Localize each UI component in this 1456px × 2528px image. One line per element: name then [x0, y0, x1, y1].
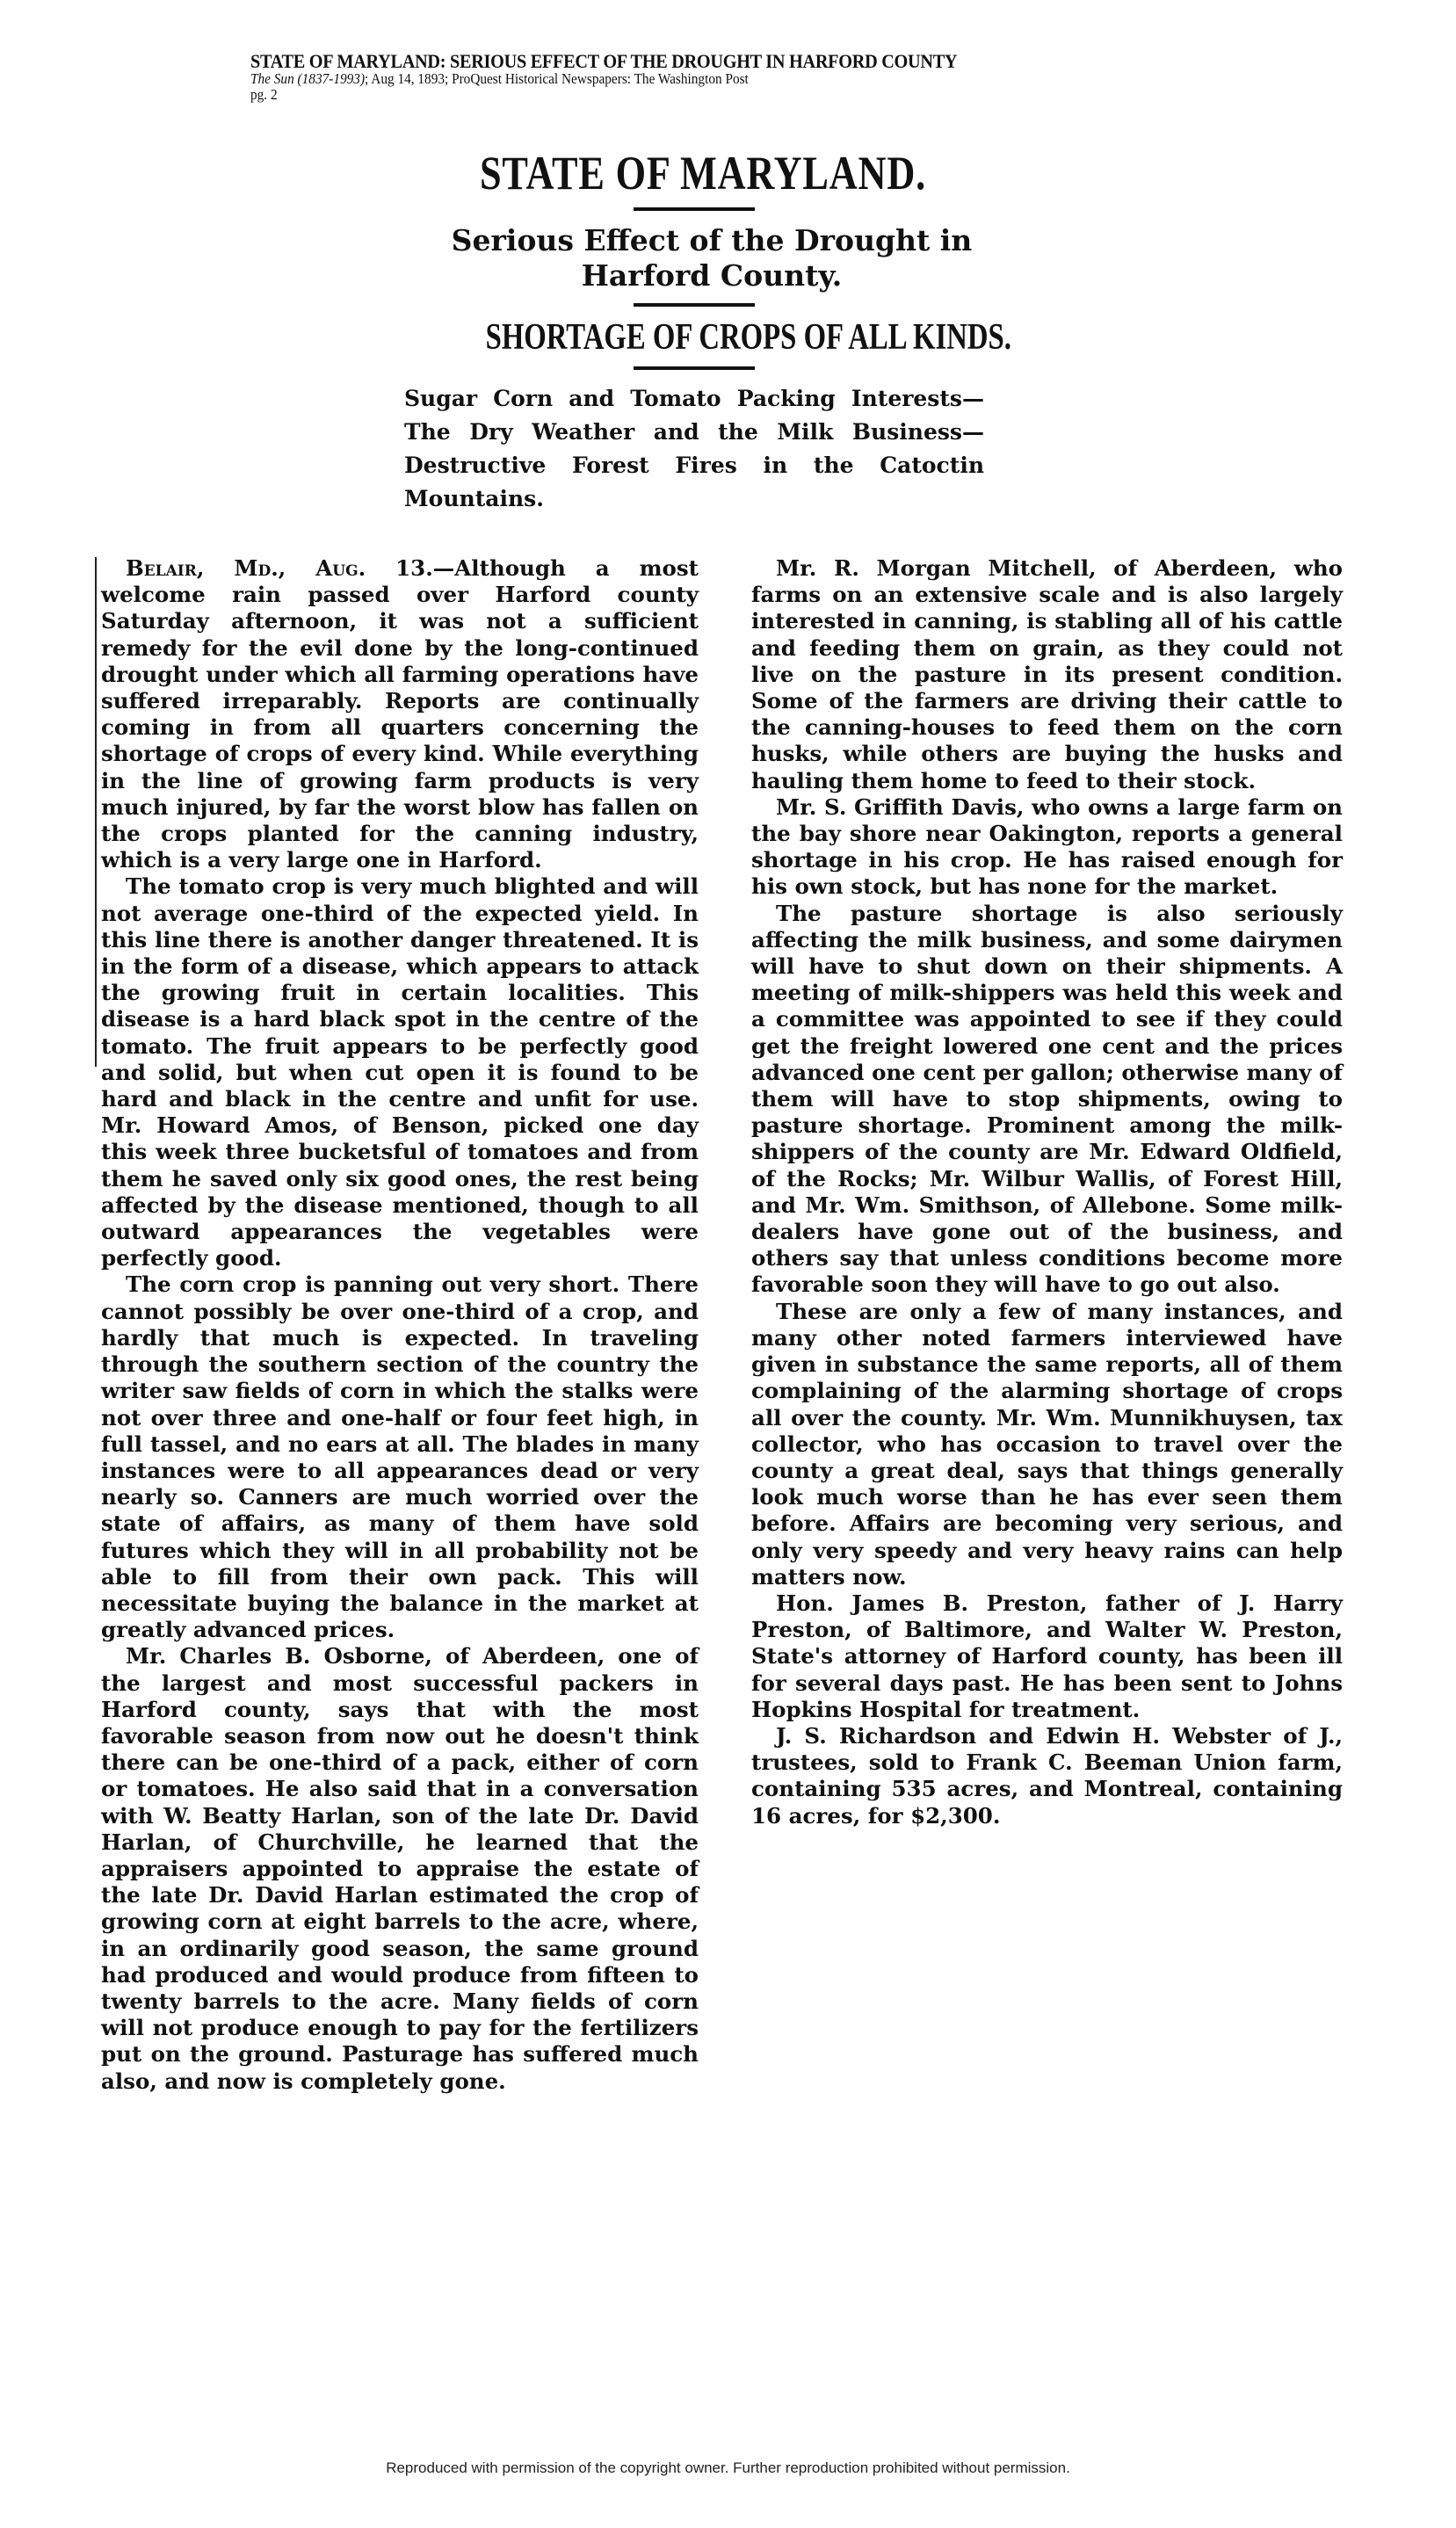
paragraph: Mr. R. Morgan Mitchell, of Aberdeen, who…: [751, 555, 1343, 794]
citation-title: STATE OF MARYLAND: SERIOUS EFFECT OF THE…: [250, 51, 957, 71]
paragraph: The tomato crop is very much blighted an…: [101, 873, 699, 1271]
headline-divider: [634, 303, 755, 307]
headline-block: STATE OF MARYLAND. Serious Effect of the…: [387, 141, 1002, 516]
headline-caps: SHORTAGE OF CROPS OF ALL KINDS.: [486, 319, 938, 356]
paragraph: Belair, Md., Aug. 13.—Although a most we…: [101, 555, 699, 873]
paragraph: Hon. James B. Preston, father of J. Harr…: [751, 1590, 1343, 1723]
copyright-notice: Reproduced with permission of the copyri…: [0, 2459, 1456, 2477]
paragraph: The corn crop is panning out very short.…: [101, 1271, 699, 1643]
paragraph: J. S. Richardson and Edwin H. Webster of…: [751, 1723, 1343, 1829]
headline-deck: Sugar Corn and Tomato Packing Interests—…: [404, 382, 984, 516]
article-column-left: Belair, Md., Aug. 13.—Although a most we…: [101, 555, 699, 2095]
citation-source-rest: ; Aug 14, 1893; ProQuest Historical News…: [365, 70, 749, 87]
headline-main: STATE OF MARYLAND.: [458, 149, 948, 197]
paragraph: Mr. Charles B. Osborne, of Aberdeen, one…: [101, 1643, 699, 2094]
column-margin-rule: [95, 557, 97, 1067]
citation-header: STATE OF MARYLAND: SERIOUS EFFECT OF THE…: [250, 51, 1018, 103]
paragraph: Mr. S. Griffith Davis, who owns a large …: [751, 794, 1343, 901]
paragraph: These are only a few of many instances, …: [751, 1299, 1343, 1590]
article-column-right: Mr. R. Morgan Mitchell, of Aberdeen, who…: [751, 555, 1343, 1829]
citation-publication: The Sun (1837-1993): [250, 70, 365, 87]
headline-divider: [634, 207, 755, 211]
citation-page: pg. 2: [250, 87, 942, 103]
citation-source: The Sun (1837-1993); Aug 14, 1893; ProQu…: [250, 71, 942, 87]
dateline: Belair, Md., Aug. 13.: [126, 555, 433, 581]
headline-divider: [634, 366, 755, 370]
headline-subhead: Serious Effect of the Drought in Harford…: [422, 223, 1002, 293]
paragraph: The pasture shortage is also seriously a…: [751, 901, 1343, 1299]
